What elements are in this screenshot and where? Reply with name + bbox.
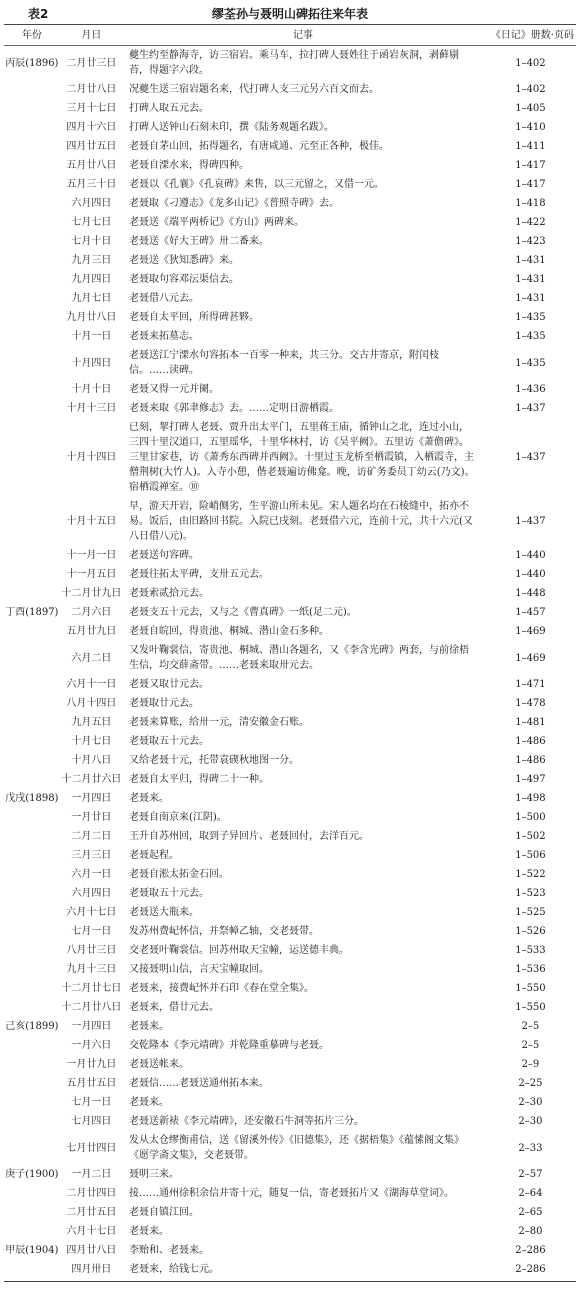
table-row: 七月十日老聂送《好大王碑》卅二番来。1–423 bbox=[4, 232, 576, 251]
page-cell: 2–25 bbox=[485, 1074, 576, 1093]
page-cell: 1–417 bbox=[485, 156, 576, 175]
header-date: 月日 bbox=[60, 25, 123, 46]
year-cell: 己亥(1899) bbox=[4, 1017, 60, 1036]
table-row: 十月十日老聂又得一元并阑。1–436 bbox=[4, 380, 576, 399]
page-cell: 1–471 bbox=[485, 675, 576, 694]
document-page: 表2 缪荃孙与聂明山碑拓往来年表 年份 月日 记事 《日记》册数·页码 丙辰(1… bbox=[0, 2, 580, 1282]
page-cell: 1–502 bbox=[485, 827, 576, 846]
table-row: 十月十五日早，游天开岩，险峭侧劣，生平游山所未见。宋人题名均在石棱缝中，拓亦不易… bbox=[4, 497, 576, 546]
note-cell: 老聂自溧水来，得碑四种。 bbox=[123, 156, 485, 175]
year-cell bbox=[4, 497, 60, 546]
year-cell bbox=[4, 941, 60, 960]
table-title: 缪荃孙与聂明山碑拓往来年表 bbox=[0, 5, 580, 22]
table-row: 九月廿八日老聂自太平回，所得碑甚夥。1–435 bbox=[4, 308, 576, 327]
year-cell bbox=[4, 1112, 60, 1131]
note-cell: 老聂取五十元去。 bbox=[123, 884, 485, 903]
page-cell: 1–437 bbox=[485, 418, 576, 497]
note-cell: 老聂自淞太拓金石回。 bbox=[123, 865, 485, 884]
date-cell: 九月廿八日 bbox=[60, 308, 123, 327]
year-cell bbox=[4, 865, 60, 884]
note-cell: 况夔生送三宿岩题名来，代打碑人支三元另六百文而去。 bbox=[123, 80, 485, 99]
table-row: 一月廿日老聂自南京来(江阴)。1–500 bbox=[4, 808, 576, 827]
note-cell: 老聂取《刁遵志》《龙多山记》《普照寺碑》去。 bbox=[123, 194, 485, 213]
table-row: 十二月廿九日老聂索贰拾元去。1–448 bbox=[4, 584, 576, 603]
date-cell: 一月廿九日 bbox=[60, 1055, 123, 1074]
table-row: 六月一日老聂自淞太拓金石回。1–522 bbox=[4, 865, 576, 884]
year-cell bbox=[4, 846, 60, 865]
date-cell: 二月二日 bbox=[60, 827, 123, 846]
date-cell: 四月廿八日 bbox=[60, 1241, 123, 1260]
year-cell bbox=[4, 770, 60, 789]
note-cell: 王升自苏州回，取到子异回片、老聂回付，去洋百元。 bbox=[123, 827, 485, 846]
year-cell bbox=[4, 584, 60, 603]
year-cell bbox=[4, 751, 60, 770]
table-row: 十一月五日老聂往拓太平碑，支卅五元去。1–440 bbox=[4, 565, 576, 584]
note-cell: 老聂自太平归，得碑二十一种。 bbox=[123, 770, 485, 789]
note-cell: 老聂来，借廿元去。 bbox=[123, 998, 485, 1017]
date-cell: 八月十四日 bbox=[60, 694, 123, 713]
year-cell bbox=[4, 213, 60, 232]
note-cell: 夔生约至静海寺，访三宿岩。乘马车，拉打碑人聂姓往于函岩灰洞，剥藓剔苔，得题字六段… bbox=[123, 46, 485, 81]
year-cell bbox=[4, 622, 60, 641]
date-cell: 五月廿五日 bbox=[60, 1074, 123, 1093]
table-row: 十月十三日老聂来取《郭聿修志》去。……定明日游栖霞。1–437 bbox=[4, 399, 576, 418]
note-cell: 老聂信……老聂送通州拓本来。 bbox=[123, 1074, 485, 1093]
year-cell bbox=[4, 565, 60, 584]
date-cell: 一月四日 bbox=[60, 789, 123, 808]
table-row: 丙辰(1896)二月廿三日夔生约至静海寺，访三宿岩。乘马车，拉打碑人聂姓往于函岩… bbox=[4, 46, 576, 81]
date-cell: 十一月五日 bbox=[60, 565, 123, 584]
year-cell bbox=[4, 827, 60, 846]
table-row: 七月一日发苏州费屺怀信，并祭幛乙轴，交老聂带。1–526 bbox=[4, 922, 576, 941]
date-cell: 十二月廿九日 bbox=[60, 584, 123, 603]
table-row: 二月廿四日接……通州徐积余信并寄十元，随复一信，寄老聂拓片又《湖海草堂词》。2–… bbox=[4, 1184, 576, 1203]
table-row: 十二月廿八日老聂来，借廿元去。1–550 bbox=[4, 998, 576, 1017]
page-cell: 1–533 bbox=[485, 941, 576, 960]
page-cell: 1–422 bbox=[485, 213, 576, 232]
header-note: 记事 bbox=[123, 25, 485, 46]
table-row: 四月卅日老聂来，给钱七元。2–286 bbox=[4, 1260, 576, 1282]
date-cell: 九月四日 bbox=[60, 270, 123, 289]
year-cell bbox=[4, 175, 60, 194]
year-cell: 戊戌(1898) bbox=[4, 789, 60, 808]
date-cell: 七月十日 bbox=[60, 232, 123, 251]
year-cell bbox=[4, 979, 60, 998]
year-cell bbox=[4, 1184, 60, 1203]
date-cell: 二月六日 bbox=[60, 603, 123, 622]
date-cell: 六月一日 bbox=[60, 865, 123, 884]
page-cell: 2–57 bbox=[485, 1165, 576, 1184]
date-cell: 十月一日 bbox=[60, 327, 123, 346]
table-row: 四月廿五日老聂自茅山回，拓得题名，有唐咸通、元至正各种，极佳。1–411 bbox=[4, 137, 576, 156]
table-row: 戊戌(1898)一月四日老聂来。1–498 bbox=[4, 789, 576, 808]
year-cell bbox=[4, 1222, 60, 1241]
note-cell: 老聂支五十元去，又与之《曹真碑》一纸(足二元)。 bbox=[123, 603, 485, 622]
date-cell: 七月一日 bbox=[60, 922, 123, 941]
note-cell: 老聂来拓墓志。 bbox=[123, 327, 485, 346]
date-cell: 六月二日 bbox=[60, 641, 123, 675]
table-body: 丙辰(1896)二月廿三日夔生约至静海寺，访三宿岩。乘马车，拉打碑人聂姓往于函岩… bbox=[4, 46, 576, 1282]
date-cell: 十月十三日 bbox=[60, 399, 123, 418]
page-cell: 1–437 bbox=[485, 497, 576, 546]
page-cell: 1–405 bbox=[485, 99, 576, 118]
date-cell: 十二月廿七日 bbox=[60, 979, 123, 998]
date-cell: 五月廿八日 bbox=[60, 156, 123, 175]
note-cell: 发苏州费屺怀信，并祭幛乙轴，交老聂带。 bbox=[123, 922, 485, 941]
note-cell: 老聂送江宁溧水句容拓本一百零一种来，共三分。交古井寄京，附闰枝信。……读碑。 bbox=[123, 346, 485, 380]
year-cell bbox=[4, 922, 60, 941]
note-cell: 老聂自太平回，所得碑甚夥。 bbox=[123, 308, 485, 327]
note-cell: 老聂取句容邓沄渠信去。 bbox=[123, 270, 485, 289]
page-cell: 1–506 bbox=[485, 846, 576, 865]
page-cell: 2–286 bbox=[485, 1260, 576, 1282]
date-cell: 十二月廿八日 bbox=[60, 998, 123, 1017]
page-cell: 1–440 bbox=[485, 565, 576, 584]
table-row: 六月四日老聂取五十元去。1–523 bbox=[4, 884, 576, 903]
date-cell: 六月十一日 bbox=[60, 675, 123, 694]
date-cell: 六月十七日 bbox=[60, 1222, 123, 1241]
date-cell: 五月廿九日 bbox=[60, 622, 123, 641]
year-cell bbox=[4, 418, 60, 497]
note-cell: 交乾隆本《李元靖碑》并乾隆重摹碑与老聂。 bbox=[123, 1036, 485, 1055]
page-cell: 1–435 bbox=[485, 346, 576, 380]
date-cell: 十月四日 bbox=[60, 346, 123, 380]
page-cell: 1–431 bbox=[485, 289, 576, 308]
date-cell: 七月七日 bbox=[60, 213, 123, 232]
page-cell: 1–448 bbox=[485, 584, 576, 603]
year-cell bbox=[4, 118, 60, 137]
table-row: 十二月廿七日老聂来，接费屺怀并石印《春在堂全集》。1–550 bbox=[4, 979, 576, 998]
year-cell bbox=[4, 232, 60, 251]
note-cell: 接……通州徐积余信并寄十元，随复一信，寄老聂拓片又《湖海草堂词》。 bbox=[123, 1184, 485, 1203]
page-cell: 1–550 bbox=[485, 998, 576, 1017]
table-row: 甲辰(1904)四月廿八日李贻和、老聂来。2–286 bbox=[4, 1241, 576, 1260]
page-cell: 2–64 bbox=[485, 1184, 576, 1203]
date-cell: 六月四日 bbox=[60, 884, 123, 903]
note-cell: 老聂来，接费屺怀并石印《春在堂全集》。 bbox=[123, 979, 485, 998]
year-cell bbox=[4, 346, 60, 380]
table-row: 十一月一日老聂送句容碑。1–440 bbox=[4, 546, 576, 565]
page-cell: 2–30 bbox=[485, 1112, 576, 1131]
date-cell: 七月一日 bbox=[60, 1093, 123, 1112]
year-cell bbox=[4, 251, 60, 270]
note-cell: 老聂索贰拾元去。 bbox=[123, 584, 485, 603]
note-cell: 老聂又得一元并阑。 bbox=[123, 380, 485, 399]
year-cell bbox=[4, 808, 60, 827]
page-cell: 2–286 bbox=[485, 1241, 576, 1260]
date-cell: 九月七日 bbox=[60, 289, 123, 308]
note-cell: 老聂自镇江回。 bbox=[123, 1203, 485, 1222]
table-row: 十月七日老聂取五十元去。1–486 bbox=[4, 732, 576, 751]
date-cell: 十月七日 bbox=[60, 732, 123, 751]
table-row: 六月十七日老聂来。2–80 bbox=[4, 1222, 576, 1241]
note-cell: 又接聂明山信，言天宝幢取回。 bbox=[123, 960, 485, 979]
table-row: 九月十三日又接聂明山信，言天宝幢取回。1–536 bbox=[4, 960, 576, 979]
page-cell: 2–5 bbox=[485, 1017, 576, 1036]
date-cell: 十月十日 bbox=[60, 380, 123, 399]
table-row: 九月三日老聂送《狄知悉碑》来。1–431 bbox=[4, 251, 576, 270]
table-row: 三月十七日打碑人取五元去。1–405 bbox=[4, 99, 576, 118]
page-cell: 1–526 bbox=[485, 922, 576, 941]
note-cell: 已刻，挈打碑人老聂、贾升出太平门，五里蒋王庙，循钟山之北，连过小山，三四十里汉道… bbox=[123, 418, 485, 497]
table-caption: 表2 缪荃孙与聂明山碑拓往来年表 bbox=[0, 2, 580, 24]
year-cell: 甲辰(1904) bbox=[4, 1241, 60, 1260]
date-cell: 十月十四日 bbox=[60, 418, 123, 497]
date-cell: 一月二日 bbox=[60, 1165, 123, 1184]
note-cell: 老聂送《端平两桥记》《方山》两碑来。 bbox=[123, 213, 485, 232]
note-cell: 老聂送句容碑。 bbox=[123, 546, 485, 565]
table-row: 庚子(1900)一月二日聂明三来。2–57 bbox=[4, 1165, 576, 1184]
year-cell bbox=[4, 1074, 60, 1093]
year-cell bbox=[4, 399, 60, 418]
year-cell bbox=[4, 327, 60, 346]
table-row: 七月廿四日发从太仓缪衡甫信，送《留溪外传》《旧德集》，还《据梧集》《蕴愫阁文集》… bbox=[4, 1131, 576, 1165]
note-cell: 老聂又取廿元去。 bbox=[123, 675, 485, 694]
date-cell: 二月廿三日 bbox=[60, 46, 123, 81]
date-cell: 十月八日 bbox=[60, 751, 123, 770]
year-cell bbox=[4, 80, 60, 99]
note-cell: 老聂借八元去。 bbox=[123, 289, 485, 308]
date-cell: 九月十三日 bbox=[60, 960, 123, 979]
year-cell bbox=[4, 1131, 60, 1165]
date-cell: 一月六日 bbox=[60, 1036, 123, 1055]
date-cell: 四月十六日 bbox=[60, 118, 123, 137]
date-cell: 四月卅日 bbox=[60, 1260, 123, 1282]
note-cell: 老聂来。 bbox=[123, 1017, 485, 1036]
date-cell: 五月三十日 bbox=[60, 175, 123, 194]
year-cell: 庚子(1900) bbox=[4, 1165, 60, 1184]
year-cell bbox=[4, 732, 60, 751]
table-row: 十月十四日已刻，挈打碑人老聂、贾升出太平门，五里蒋王庙，循钟山之北，连过小山，三… bbox=[4, 418, 576, 497]
page-cell: 1–431 bbox=[485, 270, 576, 289]
note-cell: 交老聂叶鞠裳信。回苏州取天宝幢，运送德丰典。 bbox=[123, 941, 485, 960]
page-cell: 1–423 bbox=[485, 232, 576, 251]
note-cell: 老聂来，给钱七元。 bbox=[123, 1260, 485, 1282]
header-year: 年份 bbox=[4, 25, 60, 46]
page-cell: 1–522 bbox=[485, 865, 576, 884]
note-cell: 老聂自皖回，得贵池、桐城、潜山金石多种。 bbox=[123, 622, 485, 641]
page-cell: 1–402 bbox=[485, 46, 576, 81]
page-cell: 1–411 bbox=[485, 137, 576, 156]
chronology-table: 年份 月日 记事 《日记》册数·页码 丙辰(1896)二月廿三日夔生约至静海寺，… bbox=[4, 24, 576, 1282]
table-row: 四月十六日打碑人送钟山石刻未印，撰《陆务观题名跋》。1–410 bbox=[4, 118, 576, 137]
year-cell bbox=[4, 713, 60, 732]
year-cell bbox=[4, 1260, 60, 1282]
table-row: 一月廿九日老聂送帐来。2–9 bbox=[4, 1055, 576, 1074]
page-cell: 1–550 bbox=[485, 979, 576, 998]
year-cell bbox=[4, 546, 60, 565]
note-cell: 老聂送《好大王碑》卅二番来。 bbox=[123, 232, 485, 251]
page-cell: 1–435 bbox=[485, 327, 576, 346]
date-cell: 十二月廿六日 bbox=[60, 770, 123, 789]
date-cell: 二月廿八日 bbox=[60, 80, 123, 99]
note-cell: 老聂往拓太平碑，支卅五元去。 bbox=[123, 565, 485, 584]
page-cell: 1–431 bbox=[485, 251, 576, 270]
page-cell: 1–457 bbox=[485, 603, 576, 622]
note-cell: 老聂送新裱《李元靖碑》，还安徽石牛洞等拓片三分。 bbox=[123, 1112, 485, 1131]
page-cell: 1–417 bbox=[485, 175, 576, 194]
note-cell: 老聂送大瓶来。 bbox=[123, 903, 485, 922]
date-cell: 二月廿四日 bbox=[60, 1184, 123, 1203]
table-row: 三月三日老聂起程。1–506 bbox=[4, 846, 576, 865]
date-cell: 九月三日 bbox=[60, 251, 123, 270]
page-cell: 2–30 bbox=[485, 1093, 576, 1112]
year-cell bbox=[4, 1036, 60, 1055]
date-cell: 一月廿日 bbox=[60, 808, 123, 827]
date-cell: 七月廿四日 bbox=[60, 1131, 123, 1165]
date-cell: 六月十七日 bbox=[60, 903, 123, 922]
note-cell: 老聂来取《郭聿修志》去。……定明日游栖霞。 bbox=[123, 399, 485, 418]
year-cell bbox=[4, 156, 60, 175]
table-row: 八月十四日老聂取廿元去。1–478 bbox=[4, 694, 576, 713]
page-cell: 1–435 bbox=[485, 308, 576, 327]
table-row: 九月五日老聂来算账，给卅一元，清安徽金石账。1–481 bbox=[4, 713, 576, 732]
table-row: 一月六日交乾隆本《李元靖碑》并乾隆重摹碑与老聂。2–5 bbox=[4, 1036, 576, 1055]
table-row: 六月二日又发叶鞠裳信，寄贵池、桐城、潜山各题名，又《李含光碑》两套，与前徐梧生信… bbox=[4, 641, 576, 675]
year-cell bbox=[4, 270, 60, 289]
table-row: 六月四日老聂取《刁遵志》《龙多山记》《普照寺碑》去。1–418 bbox=[4, 194, 576, 213]
year-cell bbox=[4, 99, 60, 118]
date-cell: 八月廿三日 bbox=[60, 941, 123, 960]
note-cell: 老聂送《狄知悉碑》来。 bbox=[123, 251, 485, 270]
page-cell: 1–410 bbox=[485, 118, 576, 137]
note-cell: 打碑人送钟山石刻未印，撰《陆务观题名跋》。 bbox=[123, 118, 485, 137]
note-cell: 老聂送帐来。 bbox=[123, 1055, 485, 1074]
page-cell: 2–65 bbox=[485, 1203, 576, 1222]
year-cell bbox=[4, 289, 60, 308]
page-cell: 2–9 bbox=[485, 1055, 576, 1074]
year-cell bbox=[4, 137, 60, 156]
page-cell: 1–440 bbox=[485, 546, 576, 565]
table-row: 五月廿五日老聂信……老聂送通州拓本来。2–25 bbox=[4, 1074, 576, 1093]
note-cell: 老聂自南京来(江阴)。 bbox=[123, 808, 485, 827]
page-cell: 2–80 bbox=[485, 1222, 576, 1241]
page-cell: 1–486 bbox=[485, 732, 576, 751]
page-cell: 1–402 bbox=[485, 80, 576, 99]
note-cell: 老聂来。 bbox=[123, 1222, 485, 1241]
note-cell: 又发叶鞠裳信，寄贵池、桐城、潜山各题名，又《李含光碑》两套，与前徐梧生信，均交薛… bbox=[123, 641, 485, 675]
table-row: 九月四日老聂取句容邓沄渠信去。1–431 bbox=[4, 270, 576, 289]
year-cell bbox=[4, 903, 60, 922]
note-cell: 老聂来算账，给卅一元，清安徽金石账。 bbox=[123, 713, 485, 732]
note-cell: 打碑人取五元去。 bbox=[123, 99, 485, 118]
note-cell: 聂明三来。 bbox=[123, 1165, 485, 1184]
page-cell: 1–523 bbox=[485, 884, 576, 903]
page-cell: 1–497 bbox=[485, 770, 576, 789]
table-row: 二月廿八日况夔生送三宿岩题名来，代打碑人支三元另六百文而去。1–402 bbox=[4, 80, 576, 99]
table-row: 八月廿三日交老聂叶鞠裳信。回苏州取天宝幢，运送德丰典。1–533 bbox=[4, 941, 576, 960]
note-cell: 老聂取五十元去。 bbox=[123, 732, 485, 751]
table-row: 六月十一日老聂又取廿元去。1–471 bbox=[4, 675, 576, 694]
year-cell bbox=[4, 960, 60, 979]
table-row: 二月廿五日老聂自镇江回。2–65 bbox=[4, 1203, 576, 1222]
date-cell: 一月四日 bbox=[60, 1017, 123, 1036]
year-cell: 丁酉(1897) bbox=[4, 603, 60, 622]
table-row: 七月一日老聂来。2–30 bbox=[4, 1093, 576, 1112]
date-cell: 四月廿五日 bbox=[60, 137, 123, 156]
table-row: 五月廿八日老聂自溧水来，得碑四种。1–417 bbox=[4, 156, 576, 175]
note-cell: 老聂自茅山回，拓得题名，有唐咸通、元至正各种，极佳。 bbox=[123, 137, 485, 156]
page-cell: 1–437 bbox=[485, 399, 576, 418]
page-cell: 1–525 bbox=[485, 903, 576, 922]
year-cell: 丙辰(1896) bbox=[4, 46, 60, 81]
year-cell bbox=[4, 884, 60, 903]
year-cell bbox=[4, 308, 60, 327]
note-cell: 又给老聂十元，托带袁碶秋地图一分。 bbox=[123, 751, 485, 770]
table-row: 七月七日老聂送《端平两桥记》《方山》两碑来。1–422 bbox=[4, 213, 576, 232]
table-row: 十二月廿六日老聂自太平归，得碑二十一种。1–497 bbox=[4, 770, 576, 789]
page-cell: 2–5 bbox=[485, 1036, 576, 1055]
date-cell: 九月五日 bbox=[60, 713, 123, 732]
page-cell: 1–481 bbox=[485, 713, 576, 732]
table-row: 十月四日老聂送江宁溧水句容拓本一百零一种来，共三分。交古井寄京，附闰枝信。……读… bbox=[4, 346, 576, 380]
table-row: 五月三十日老聂以《孔襄》《孔哀碑》来售，以三元留之，又借一元。1–417 bbox=[4, 175, 576, 194]
table-row: 六月十七日老聂送大瓶来。1–525 bbox=[4, 903, 576, 922]
page-cell: 1–436 bbox=[485, 380, 576, 399]
year-cell bbox=[4, 1093, 60, 1112]
note-cell: 发从太仓缪衡甫信，送《留溪外传》《旧德集》，还《据梧集》《蕴愫阁文集》《愿学斋文… bbox=[123, 1131, 485, 1165]
table-row: 七月四日老聂送新裱《李元靖碑》，还安徽石牛洞等拓片三分。2–30 bbox=[4, 1112, 576, 1131]
table-row: 十月一日老聂来拓墓志。1–435 bbox=[4, 327, 576, 346]
note-cell: 老聂以《孔襄》《孔哀碑》来售，以三元留之，又借一元。 bbox=[123, 175, 485, 194]
note-cell: 老聂来。 bbox=[123, 789, 485, 808]
page-cell: 1–469 bbox=[485, 641, 576, 675]
table-row: 五月廿九日老聂自皖回，得贵池、桐城、潜山金石多种。1–469 bbox=[4, 622, 576, 641]
note-cell: 老聂取廿元去。 bbox=[123, 694, 485, 713]
year-cell bbox=[4, 380, 60, 399]
date-cell: 三月十七日 bbox=[60, 99, 123, 118]
page-cell: 1–486 bbox=[485, 751, 576, 770]
date-cell: 十月十五日 bbox=[60, 497, 123, 546]
page-cell: 1–536 bbox=[485, 960, 576, 979]
table-header-row: 年份 月日 记事 《日记》册数·页码 bbox=[4, 25, 576, 46]
page-cell: 1–478 bbox=[485, 694, 576, 713]
note-cell: 老聂起程。 bbox=[123, 846, 485, 865]
table-row: 丁酉(1897)二月六日老聂支五十元去，又与之《曹真碑》一纸(足二元)。1–45… bbox=[4, 603, 576, 622]
date-cell: 十一月一日 bbox=[60, 546, 123, 565]
header-page: 《日记》册数·页码 bbox=[485, 25, 576, 46]
year-cell bbox=[4, 194, 60, 213]
page-cell: 2–33 bbox=[485, 1131, 576, 1165]
note-cell: 早，游天开岩，险峭侧劣，生平游山所未见。宋人题名均在石棱缝中，拓亦不易。饭后，由… bbox=[123, 497, 485, 546]
page-cell: 1–500 bbox=[485, 808, 576, 827]
date-cell: 七月四日 bbox=[60, 1112, 123, 1131]
table-row: 十月八日又给老聂十元，托带袁碶秋地图一分。1–486 bbox=[4, 751, 576, 770]
year-cell bbox=[4, 1203, 60, 1222]
year-cell bbox=[4, 694, 60, 713]
table-row: 九月七日老聂借八元去。1–431 bbox=[4, 289, 576, 308]
table-row: 二月二日王升自苏州回，取到子异回片、老聂回付，去洋百元。1–502 bbox=[4, 827, 576, 846]
page-cell: 1–469 bbox=[485, 622, 576, 641]
year-cell bbox=[4, 1055, 60, 1074]
date-cell: 三月三日 bbox=[60, 846, 123, 865]
table-row: 己亥(1899)一月四日老聂来。2–5 bbox=[4, 1017, 576, 1036]
year-cell bbox=[4, 675, 60, 694]
note-cell: 老聂来。 bbox=[123, 1093, 485, 1112]
date-cell: 二月廿五日 bbox=[60, 1203, 123, 1222]
year-cell bbox=[4, 641, 60, 675]
page-cell: 1–418 bbox=[485, 194, 576, 213]
page-cell: 1–498 bbox=[485, 789, 576, 808]
year-cell bbox=[4, 998, 60, 1017]
note-cell: 李贻和、老聂来。 bbox=[123, 1241, 485, 1260]
date-cell: 六月四日 bbox=[60, 194, 123, 213]
